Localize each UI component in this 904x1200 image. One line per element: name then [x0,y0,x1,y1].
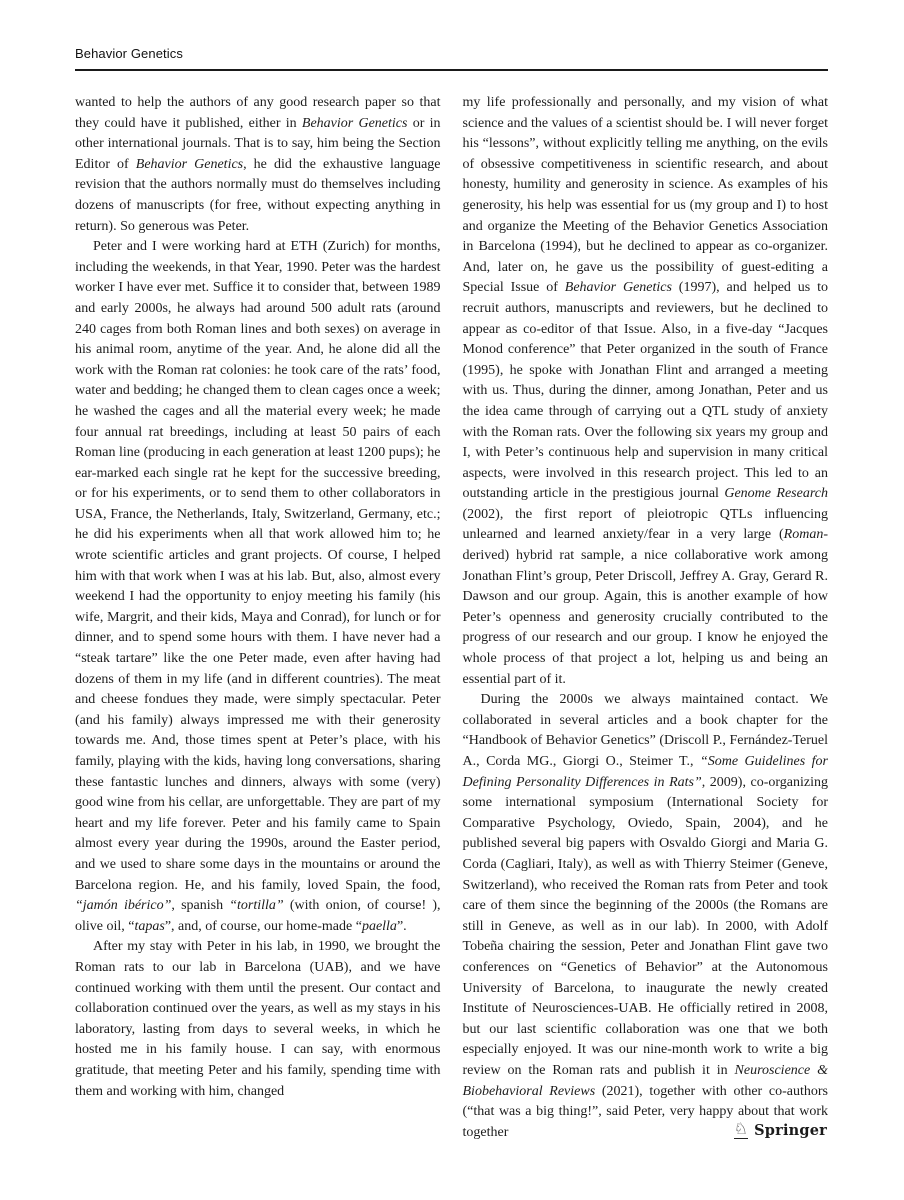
italic-text-run: Genome Research [724,486,828,501]
italic-text-run: “tortilla” [229,898,283,913]
springer-wordmark: Springer [754,1122,827,1139]
springer-knight-icon: ♘ [734,1121,748,1139]
text-run: Peter and I were working hard at ETH (Zu… [75,239,441,892]
text-column-right: my life professionally and personally, a… [463,93,829,1143]
header-rule [75,69,828,71]
text-run: (2002), the first report of pleiotropic … [463,507,829,543]
journal-page: Behavior Genetics wanted to help the aut… [0,0,904,1200]
paragraph: Peter and I were working hard at ETH (Zu… [75,237,441,937]
text-run: ”, and, of course, our home-made “ [165,919,362,934]
text-run: -derived) hybrid rat sample, a nice coll… [463,527,829,686]
text-column-left: wanted to help the authors of any good r… [75,93,441,1143]
paragraph: wanted to help the authors of any good r… [75,93,441,237]
italic-text-run: Behavior Genetics [136,157,243,172]
text-run: , 2009), co-organizing some internationa… [463,775,829,1078]
italic-text-run: Behavior Genetics [302,116,408,131]
text-run: my life professionally and personally, a… [463,95,829,295]
italic-text-run: “jamón ibérico” [75,898,171,913]
italic-text-run: Behavior Genetics [565,280,672,295]
text-run: ”. [397,919,407,934]
text-run: (1997), and helped us to recruit authors… [463,280,829,501]
paragraph: After my stay with Peter in his lab, in … [75,937,441,1102]
paragraph: During the 2000s we always maintained co… [463,690,829,1143]
journal-name: Behavior Genetics [75,46,183,61]
italic-text-run: tapas [135,919,165,934]
springer-logo: ♘ Springer [734,1121,827,1139]
italic-text-run: paella [362,919,397,934]
text-run: , spanish [171,898,229,913]
italic-text-run: Roman [784,527,824,542]
text-run: After my stay with Peter in his lab, in … [75,939,441,1098]
article-body: wanted to help the authors of any good r… [75,93,828,1143]
paragraph: my life professionally and personally, a… [463,93,829,690]
